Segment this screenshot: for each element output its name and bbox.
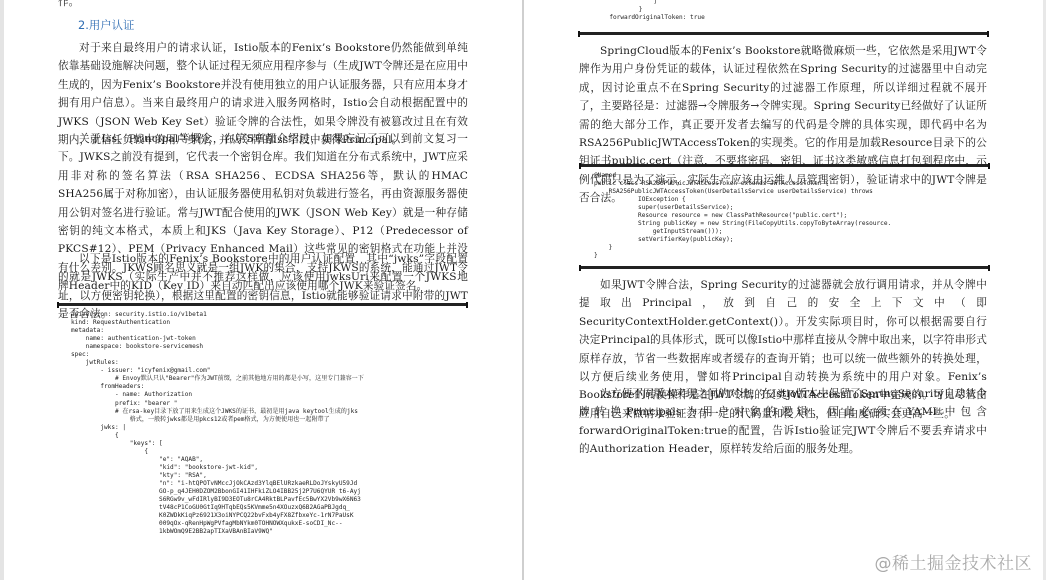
code-block-java: @Named public class RSA256PublicJWTAcces…: [594, 172, 891, 261]
section-heading: 2.用户认证: [78, 17, 134, 33]
code-block-top-rule: [58, 303, 467, 306]
document-page-right: ] } forwardOriginalToken: true SpringClo…: [524, 0, 1043, 580]
code-block-top-rule: [580, 164, 989, 167]
paragraph-forward-token: 为方便不同版本实现之间的对比，在Istio版本中保留了SpringSecurit…: [579, 385, 987, 459]
watermark: @稀土掘金技术社区: [875, 549, 1033, 574]
document-page-left: 作。 2.用户认证 对于来自最终用户的请求认证，Istio版本的Fenix’s …: [4, 0, 522, 580]
previous-paragraph-tail: 作。: [58, 0, 79, 8]
code-block-yaml-tail: ] } forwardOriginalToken: true: [580, 0, 705, 22]
code-block-bottom-rule: [579, 32, 988, 35]
code-block-bottom-rule: [580, 266, 989, 269]
code-block-yaml: apiVersion: security.istio.io/v1beta1 ki…: [71, 311, 364, 536]
